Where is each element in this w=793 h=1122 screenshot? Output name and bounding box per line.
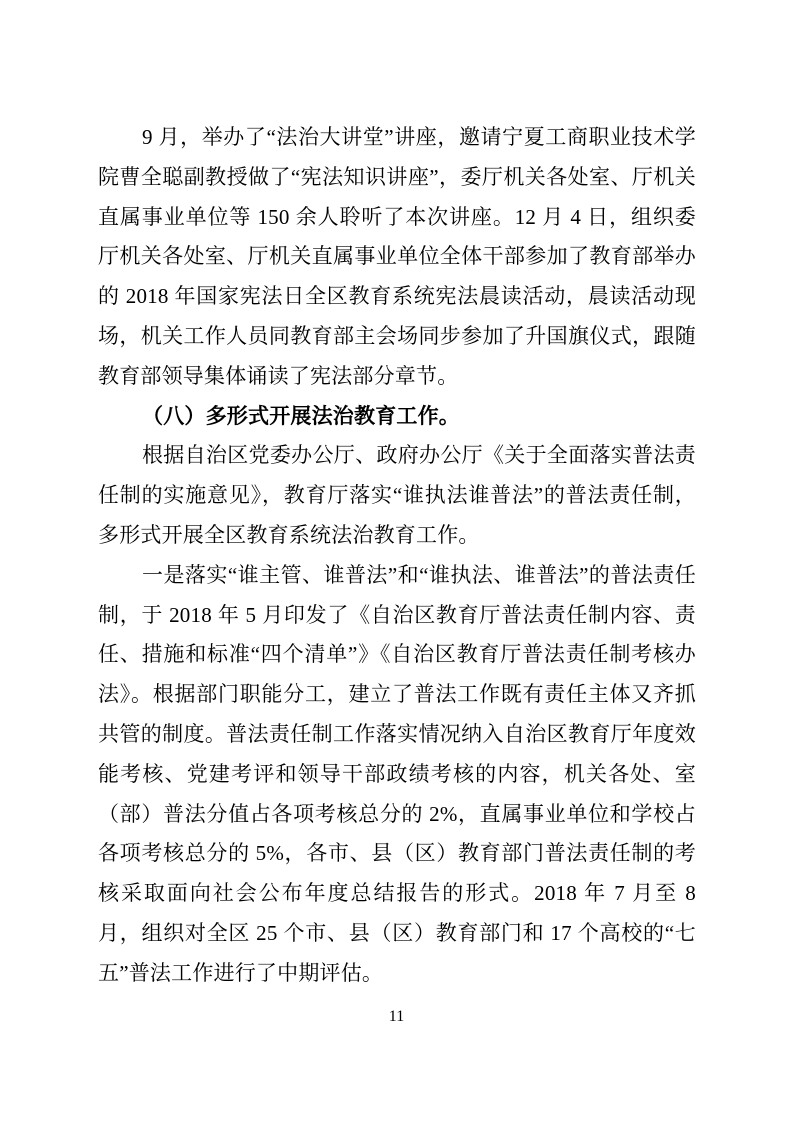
document-body: 9 月，举办了“法治大讲堂”讲座，邀请宁夏工商职业技术学院曹全聪副教授做了“宪法… [98,118,696,994]
document-page: 9 月，举办了“法治大讲堂”讲座，邀请宁夏工商职业技术学院曹全聪副教授做了“宪法… [0,0,793,1122]
body-paragraph-1: 9 月，举办了“法治大讲堂”讲座，邀请宁夏工商职业技术学院曹全聪副教授做了“宪法… [98,118,696,397]
body-paragraph-2: 根据自治区党委办公厅、政府办公厅《关于全面落实普法责任制的实施意见》，教育厅落实… [98,436,696,555]
body-paragraph-3: 一是落实“谁主管、谁普法”和“谁执法、谁普法”的普法责任制，于 2018 年 5… [98,556,696,994]
section-heading: （八）多形式开展法治教育工作。 [98,397,696,437]
page-number: 11 [0,1006,793,1028]
